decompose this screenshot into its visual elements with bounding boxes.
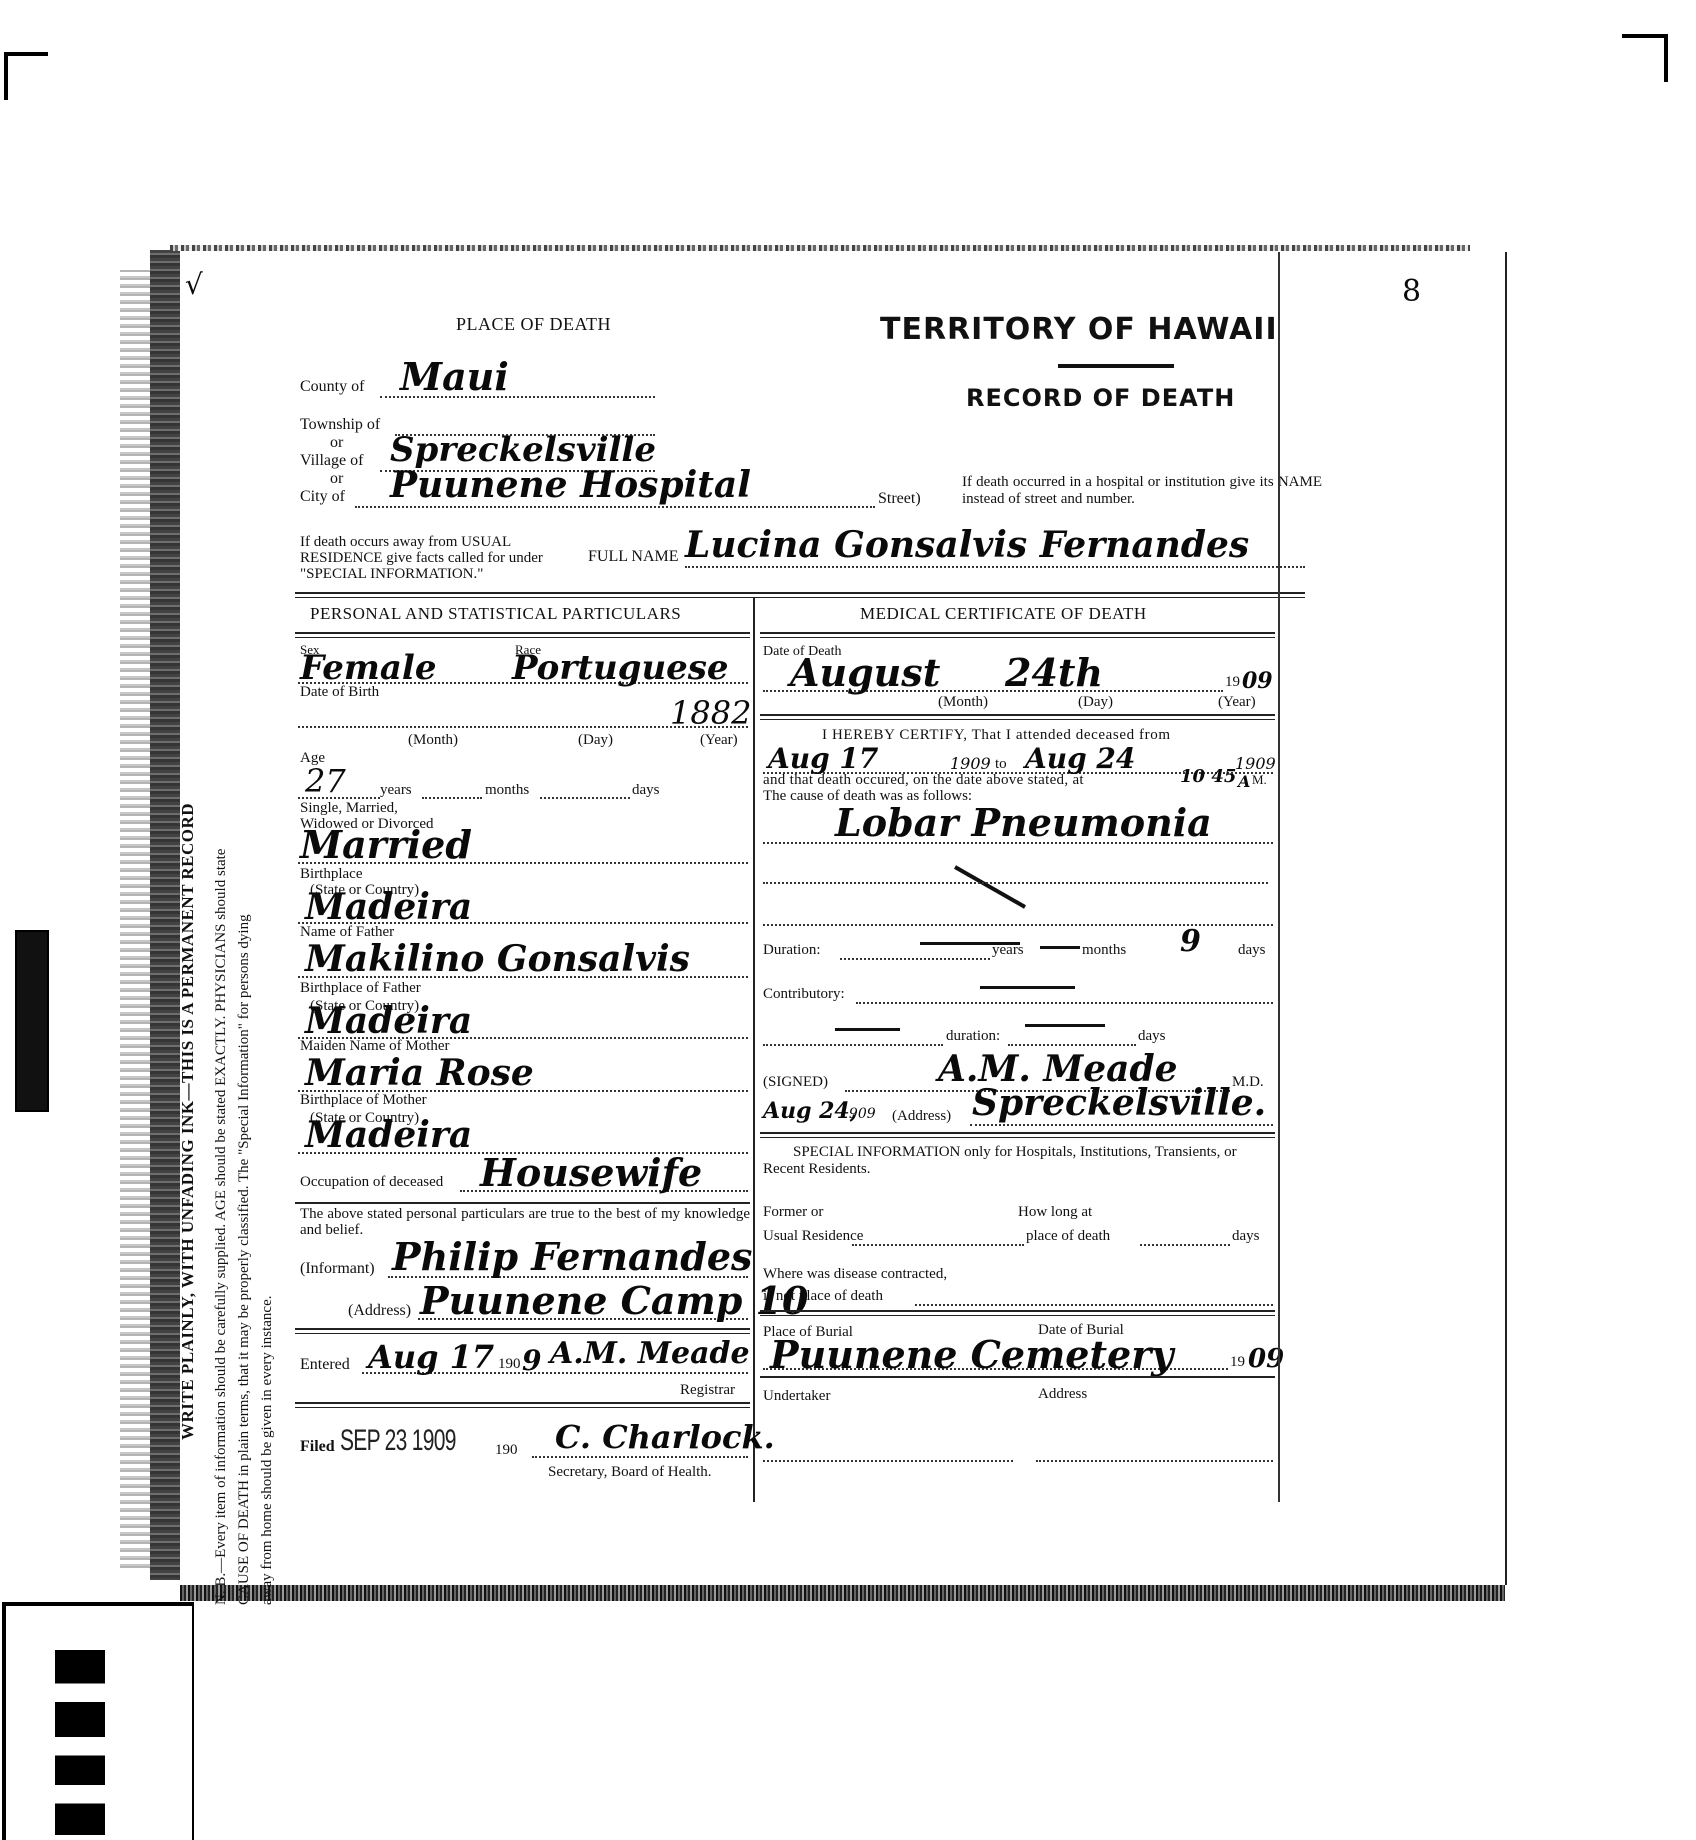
death-year-value: 09 — [1242, 668, 1273, 694]
birthplace-label: Birthplace — [300, 866, 362, 883]
street-label: Street) — [878, 490, 921, 508]
attended-from-value: Aug 17 — [768, 742, 878, 775]
former-label: Former or — [763, 1204, 823, 1221]
scan-shadow-dark — [150, 250, 180, 1580]
age-years-value: 27 — [305, 762, 346, 800]
or-label-2: or — [330, 470, 343, 488]
strike-mark — [950, 862, 1030, 912]
crop-mark-top-left — [4, 52, 48, 100]
death-day-value: 24th — [1005, 650, 1103, 695]
entered-year-prefix: 190 — [498, 1356, 521, 1373]
mother-birthplace-value: Madeira — [305, 1114, 472, 1156]
burial-year-prefix: 19 — [1230, 1354, 1245, 1371]
column-divider — [753, 597, 755, 1502]
personal-section-title: PERSONAL AND STATISTICAL PARTICULARS — [310, 604, 681, 624]
title-divider — [1058, 364, 1174, 368]
film-marker — [15, 930, 49, 1112]
death-day-label: (Day) — [1078, 694, 1113, 711]
place-of-death-title: PLACE OF DEATH — [456, 314, 611, 335]
dob-day-label: (Day) — [578, 732, 613, 749]
filed-label: Filed — [300, 1438, 335, 1456]
mother-birthplace-label: Birthplace of Mother — [300, 1092, 427, 1109]
death-month-label: (Month) — [938, 694, 988, 711]
occupation-label: Occupation of deceased — [300, 1174, 443, 1191]
mother-name-value: Maria Rose — [305, 1052, 534, 1094]
duration-months-dash — [1040, 946, 1080, 949]
attended-to-value: Aug 24 — [1025, 742, 1135, 775]
special-info-title: SPECIAL INFORMATION only for Hospitals, … — [763, 1144, 1273, 1178]
m-label: M. — [1252, 772, 1267, 788]
signed-address-value: Spreckelsville. — [972, 1082, 1266, 1124]
informant-address-label: (Address) — [348, 1302, 411, 1320]
father-birthplace-value: Madeira — [305, 1000, 472, 1042]
informant-value: Philip Fernandes — [392, 1234, 752, 1279]
record-title: RECORD OF DEATH — [966, 384, 1235, 412]
full-name-value: Lucina Gonsalvis Fernandes — [685, 524, 1249, 566]
duration-months-label: months — [1082, 942, 1126, 959]
death-year-prefix: 19 — [1225, 674, 1240, 691]
filed-stamp: SEP 23 1909 — [340, 1424, 456, 1458]
age-days-label: days — [632, 782, 660, 799]
full-name-label: FULL NAME — [588, 548, 679, 566]
death-month-value: August — [790, 650, 940, 695]
death-year-label: (Year) — [1218, 694, 1256, 711]
filed-year-prefix: 190 — [495, 1442, 518, 1459]
death-record-form: 8 PLACE OF DEATH TERRITORY OF HAWAII REC… — [180, 252, 1507, 1585]
cause-of-death-value: Lobar Pneumonia — [835, 800, 1212, 845]
city-value: Puunene Hospital — [390, 464, 751, 506]
residence-days-label: days — [1232, 1228, 1260, 1245]
informant-label: (Informant) — [300, 1260, 375, 1278]
attended-to-year: 1909 — [1235, 754, 1276, 773]
film-ruler — [55, 1650, 105, 1835]
contrib-dash-2 — [1025, 1024, 1105, 1027]
territory-title: TERRITORY OF HAWAII — [880, 312, 1278, 347]
scan-shadow — [120, 270, 150, 1570]
dob-label: Date of Birth — [300, 684, 379, 701]
father-birthplace-label: Birthplace of Father — [300, 980, 421, 997]
sex-value: Female — [300, 648, 436, 688]
place-of-death-days-label: place of death — [1026, 1228, 1110, 1245]
duration-years-label: years — [992, 942, 1024, 959]
contributory-label: Contributory: — [763, 986, 845, 1003]
registrar-label: Registrar — [680, 1382, 735, 1399]
contrib-days-label: days — [1138, 1028, 1166, 1045]
county-value: Maui — [400, 354, 509, 399]
informant-address-value: Puunene Camp 10 — [420, 1278, 808, 1323]
entered-date-value: Aug 17 — [368, 1338, 494, 1376]
contributory-dash — [980, 986, 1075, 989]
duration-label: Duration: — [763, 942, 821, 959]
usual-residence-label: Usual Residence — [763, 1228, 863, 1245]
registrar-signature: A.M. Meade — [550, 1336, 750, 1371]
attended-from-year: 1909 — [950, 754, 991, 773]
dob-month-label: (Month) — [408, 732, 458, 749]
how-long-label: How long at — [1018, 1204, 1092, 1221]
residence-note: If death occurs away from USUAL RESIDENC… — [300, 534, 565, 582]
entered-label: Entered — [300, 1356, 350, 1374]
page-number: 8 — [1402, 274, 1421, 309]
age-months-label: months — [485, 782, 529, 799]
signed-address-label: (Address) — [892, 1108, 951, 1125]
contracted-label-2: if not place of death — [763, 1288, 883, 1305]
father-name-value: Makilino Gonsalvis — [305, 938, 690, 980]
signed-label: (SIGNED) — [763, 1074, 828, 1091]
dob-year-value: 1882 — [670, 694, 751, 732]
secretary-signature: C. Charlock. — [555, 1418, 775, 1456]
signed-year: 1909 — [840, 1106, 876, 1122]
dob-year-label: (Year) — [700, 732, 738, 749]
scan-edge-bottom — [180, 1585, 1505, 1601]
crop-mark-top-right — [1622, 34, 1668, 82]
undertaker-label: Undertaker — [763, 1388, 830, 1405]
township-label: Township of — [300, 416, 380, 434]
duration-days-value: 9 — [1180, 924, 1201, 959]
entered-year-value: 9 — [522, 1344, 541, 1377]
city-label: City of — [300, 488, 345, 506]
or-label-1: or — [330, 434, 343, 452]
contrib-duration-label: duration: — [946, 1028, 1000, 1045]
marital-value: Married — [300, 822, 472, 867]
time-of-death-value: 10 45 — [1180, 766, 1236, 787]
race-value: Portuguese — [512, 648, 729, 688]
scan-edge-top — [170, 245, 1470, 251]
marital-label-1: Single, Married, — [300, 800, 398, 817]
county-label: County of — [300, 378, 364, 396]
undertaker-address-label: Address — [1038, 1386, 1087, 1403]
occupation-value: Housewife — [480, 1150, 702, 1195]
age-years-label: years — [380, 782, 412, 799]
to-label: to — [995, 756, 1007, 773]
medical-section-title: MEDICAL CERTIFICATE OF DEATH — [860, 604, 1147, 624]
duration-days-label: days — [1238, 942, 1266, 959]
form-right-border — [1278, 252, 1280, 1502]
am-pm-value: A — [1238, 772, 1250, 791]
contrib-dash-1 — [835, 1028, 900, 1031]
occurred-text: and that death occured, on the date abov… — [763, 772, 1084, 789]
secretary-label: Secretary, Board of Health. — [548, 1464, 712, 1481]
birthplace-value: Madeira — [305, 886, 472, 928]
village-label: Village of — [300, 452, 363, 470]
hospital-note: If death occurred in a hospital or insti… — [962, 474, 1322, 508]
burial-place-value: Puunene Cemetery — [770, 1332, 1173, 1377]
contracted-label-1: Where was disease contracted, — [763, 1266, 947, 1283]
